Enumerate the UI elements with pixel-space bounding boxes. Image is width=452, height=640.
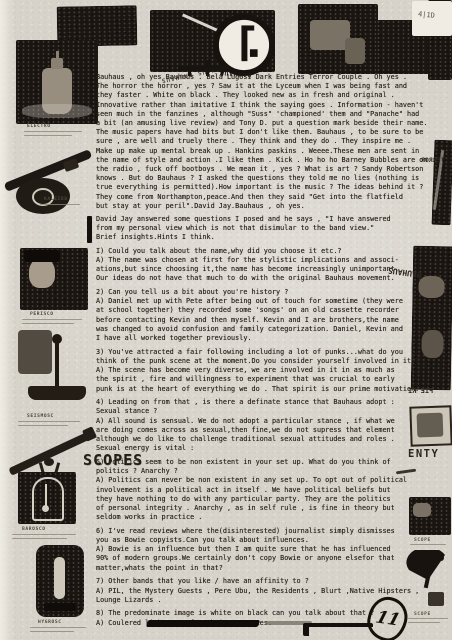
question-4: 4) Leading on from that , is there a def… (96, 398, 446, 416)
fine-print-line (18, 421, 80, 422)
answer-5: A) Politics can never be non existent in… (96, 476, 446, 522)
question-6: 6) I've read reviews where the(disintere… (96, 527, 446, 545)
question-3: 3) You've attracted a fair following inc… (96, 348, 446, 366)
stamp-white-box: 4|1D (412, 1, 452, 36)
answer-4: A) All sound is sensual. We do not adopt… (96, 417, 446, 454)
hat-shape (24, 250, 60, 262)
ink-smudge-bar (146, 620, 260, 627)
jar-finial (56, 51, 59, 59)
electroscope-caption: ELECTRO (27, 124, 51, 129)
fine-print-line (22, 319, 82, 320)
seismoscope-figure (16, 330, 92, 412)
seismoscope-caption: SEISMOSC (27, 414, 54, 419)
slot-shape (54, 557, 65, 599)
fine-print-line (30, 631, 74, 632)
photocopy-edge (0, 0, 14, 640)
fine-print-line (12, 538, 67, 539)
answer-6: A) Bowie is an influence but then I am q… (96, 545, 446, 573)
photo-figure (345, 38, 365, 64)
intro-paragraph: Bauhaus , oh yes Bauhaus . Bela Lugosi D… (96, 73, 446, 211)
kaleidoscope-figure (2, 140, 96, 232)
answer-2: A) Daniel met up with Pete after being o… (96, 297, 446, 343)
electroscope-photo (16, 40, 98, 124)
jar-cap (51, 58, 63, 69)
photo-highlight (22, 104, 92, 118)
page-number: 11 (373, 608, 402, 631)
face-shape (29, 258, 55, 288)
question-2: 2) Can you tell us a bit about you're hi… (96, 288, 446, 297)
qa-block-4: 4) Leading on from that , is there a def… (96, 398, 446, 453)
kaleidoscope-caption: KALEIDO (44, 197, 68, 202)
qa-block-2: 2) Can you tell us a bit about you're hi… (96, 288, 446, 343)
baroscope-figure (18, 472, 76, 524)
collage-blob-photo (298, 4, 378, 74)
question-5: 5) Politics seem to be non existent in y… (96, 458, 446, 476)
answer-3: A) The scene has become very diverse, we… (96, 366, 446, 394)
photo-figure (310, 20, 350, 50)
hygroscope-figure (36, 545, 84, 617)
baroscope-caption: BAROSCO (22, 527, 46, 532)
interview-text-column: Bauhaus , oh yes Bauhaus . Bela Lugosi D… (96, 73, 446, 632)
question-7: 7) Other bands that you like / have an a… (96, 577, 446, 586)
qa-block-1: I) Could you talk about the name,why did… (96, 247, 446, 284)
qa-block-6: 6) I've read reviews where the(disintere… (96, 527, 446, 573)
zine-page: 4|1D BAUHAUS BAUHAUS BAUHAUS ELECTRO KAL… (0, 0, 452, 640)
qa-block-3: 3) You've attracted a fair following inc… (96, 348, 446, 394)
question-1: I) Could you talk about the name,why did… (96, 247, 446, 256)
periscope-caption: PERISCO (30, 312, 54, 317)
pendulum-bob (42, 505, 49, 512)
corner-noise-blob (428, 592, 444, 606)
hygroscope-caption: HYGROSC (38, 620, 62, 625)
fine-print-line (22, 323, 74, 324)
interviewer-note-block: David Jay answered some questions I pose… (96, 215, 446, 243)
corner-scribble: 4|1D (418, 10, 436, 20)
ink-bracket-mark (303, 623, 373, 636)
answer-1: A) The name was chosen at first for the … (96, 256, 446, 284)
fine-print-line (24, 131, 82, 132)
glass-dome (32, 477, 64, 521)
qa-block-5: 5) Politics seem to be non existent in y… (96, 458, 446, 522)
base-shape (44, 603, 76, 611)
interviewer-note: David Jay answered some questions I pose… (96, 215, 446, 243)
ink-bar (87, 216, 92, 243)
fine-print-line (12, 534, 76, 535)
periscope-photo (20, 248, 88, 310)
fine-print-line (18, 425, 68, 426)
fine-print-line (24, 135, 72, 136)
fine-print-line (30, 627, 86, 628)
